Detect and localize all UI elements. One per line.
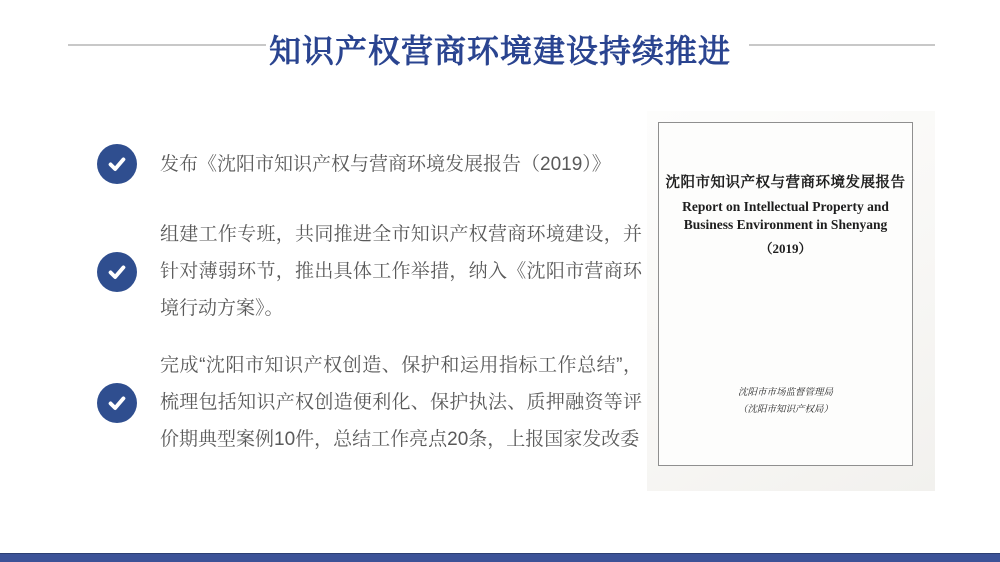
check-icon (97, 383, 137, 423)
list-item: 组建工作专班，共同推进全市知识产权营商环境建设，并针对薄弱环节，推出具体工作举措… (97, 216, 642, 327)
page-title: 知识产权营商环境建设持续推进 (0, 26, 1000, 72)
footer-bar (0, 553, 1000, 562)
report-title-en-line2: Business Environment in Shenyang (659, 216, 912, 234)
report-cover-page: 沈阳市知识产权与营商环境发展报告 Report on Intellectual … (658, 122, 913, 466)
title-divider-right (749, 44, 935, 46)
report-title-en-line1: Report on Intellectual Property and (659, 198, 912, 216)
report-publisher-line2: （沈阳市知识产权局） (659, 402, 912, 419)
bullet-text: 完成“沈阳市知识产权创造、保护和运用指标工作总结”，梳理包括知识产权创造便利化、… (160, 347, 642, 458)
bullet-text: 发布《沈阳市知识产权与营商环境发展报告（2019）》 (160, 146, 642, 183)
check-icon (97, 252, 137, 292)
check-icon (97, 144, 137, 184)
list-item: 发布《沈阳市知识产权与营商环境发展报告（2019）》 (97, 144, 642, 184)
report-publisher-line1: 沈阳市市场监督管理局 (659, 385, 912, 402)
bullet-text: 组建工作专班，共同推进全市知识产权营商环境建设，并针对薄弱环节，推出具体工作举措… (160, 216, 642, 327)
report-title-zh: 沈阳市知识产权与营商环境发展报告 (659, 171, 912, 192)
slide: 知识产权营商环境建设持续推进 发布《沈阳市知识产权与营商环境发展报告（2019）… (0, 0, 1000, 562)
report-publisher: 沈阳市市场监督管理局 （沈阳市知识产权局） (659, 385, 912, 419)
report-year: （2019） (659, 238, 912, 257)
report-cover-image: 沈阳市知识产权与营商环境发展报告 Report on Intellectual … (647, 111, 935, 491)
list-item: 完成“沈阳市知识产权创造、保护和运用指标工作总结”，梳理包括知识产权创造便利化、… (97, 347, 642, 458)
